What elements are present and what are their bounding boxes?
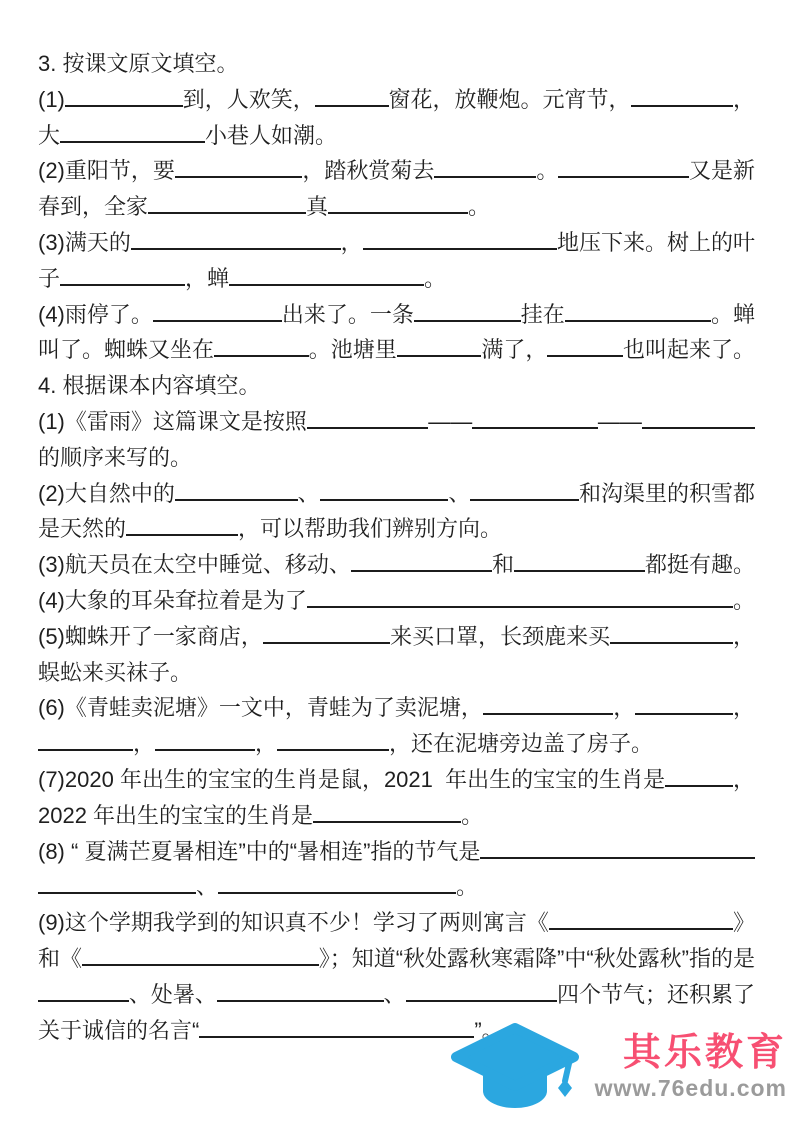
text-segment: ，蝉: [185, 261, 229, 297]
text-segment: 蜈蚣来买袜子。: [38, 655, 192, 691]
fill-in-blank: [549, 916, 733, 930]
fill-in-blank: [277, 737, 389, 751]
fill-in-blank: [82, 952, 319, 966]
text-segment: ，踏秋赏菊去: [302, 153, 434, 189]
fill-in-blank: [434, 164, 536, 178]
fill-in-blank: [263, 630, 390, 644]
text-segment: 。: [461, 798, 483, 834]
text-segment: ，可以帮助我们辨别方向。: [238, 511, 502, 547]
q4-2-line-1: (2)大自然中的、、和沟渠里的积雪都: [38, 476, 755, 512]
fill-in-blank: [635, 701, 733, 715]
text-segment: 和: [492, 547, 514, 583]
text-segment: ，还在泥塘旁边盖了房子。: [389, 726, 653, 762]
fill-in-blank: [480, 845, 755, 859]
text-segment: 子: [38, 261, 60, 297]
worksheet-page: 3. 按课文原文填空。(1)到，人欢笑，窗花，放鞭炮。元宵节，，大小巷人如潮。(…: [0, 0, 793, 1121]
text-segment: 2022 年出生的宝宝的生肖是: [38, 798, 313, 834]
q4-1-line-2: 的顺序来写的。: [38, 440, 755, 476]
fill-in-blank: [155, 737, 255, 751]
fill-in-blank: [610, 630, 733, 644]
text-segment: ，: [133, 726, 155, 762]
fill-in-blank: [315, 93, 389, 107]
text-segment: 的顺序来写的。: [38, 440, 192, 476]
text-segment: 、处暑、: [129, 977, 217, 1013]
logo-text: 其乐教育 www.76edu.com: [595, 1033, 787, 1101]
fill-in-blank: [38, 988, 129, 1002]
text-segment: (2)重阳节，要: [38, 153, 175, 189]
text-segment: 3. 按课文原文填空。: [38, 46, 238, 82]
text-segment: 、: [384, 977, 406, 1013]
q4-7-line-1: (7)2020 年出生的宝宝的生肖是鼠，2021 年出生的宝宝的生肖是，: [38, 762, 755, 798]
text-segment: ，: [255, 726, 277, 762]
fill-in-blank: [483, 701, 613, 715]
text-segment: 和沟渠里的积雪都: [579, 476, 755, 512]
graduation-cap-icon: [449, 1021, 587, 1113]
text-segment: 窗花，放鞭炮。元宵节，: [389, 82, 631, 118]
text-segment: 、: [298, 476, 320, 512]
text-segment: 又是新: [689, 153, 755, 189]
text-segment: ，: [733, 690, 755, 726]
fill-in-blank: [60, 272, 185, 286]
text-segment: 来买口罩，长颈鹿来买: [390, 619, 610, 655]
fill-in-blank: [38, 880, 196, 894]
logo: 其乐教育 www.76edu.com: [449, 1021, 787, 1113]
text-segment: 、: [196, 869, 218, 905]
text-segment: 。: [424, 261, 446, 297]
fill-in-blank: [65, 93, 183, 107]
q4-5-line-2: 蜈蚣来买袜子。: [38, 655, 755, 691]
fill-in-blank: [470, 487, 579, 501]
text-segment: (5)蜘蛛开了一家商店，: [38, 619, 263, 655]
q4-1-line-1: (1)《雷雨》这篇课文是按照————: [38, 404, 755, 440]
fill-in-blank: [397, 343, 482, 357]
text-segment: (6)《青蛙卖泥塘》一文中，青蛙为了卖泥塘，: [38, 690, 483, 726]
text-segment: 四个节气；还积累了: [557, 977, 755, 1013]
q3-3-line-1: (3)满天的，地压下来。树上的叶: [38, 225, 755, 261]
text-segment: ——: [598, 404, 642, 440]
text-segment: 真: [306, 189, 328, 225]
fill-in-blank: [320, 487, 449, 501]
fill-in-blank: [472, 415, 598, 429]
q4-6-line-1: (6)《青蛙卖泥塘》一文中，青蛙为了卖泥塘，，，: [38, 690, 755, 726]
text-segment: 都挺有趣。: [645, 547, 755, 583]
fill-in-blank: [414, 308, 521, 322]
q4-3-line-1: (3)航天员在太空中睡觉、移动、和都挺有趣。: [38, 547, 755, 583]
fill-in-blank: [313, 809, 461, 823]
q4-9-line-3: 、处暑、、四个节气；还积累了: [38, 977, 755, 1013]
q3-1-line-2: 大小巷人如潮。: [38, 118, 755, 154]
text-segment: (8) “ 夏满芒夏暑相连”中的“暑相连”指的节气是: [38, 834, 480, 870]
text-segment: (7)2020 年出生的宝宝的生肖是鼠，2021 年出生的宝宝的生肖是: [38, 762, 665, 798]
text-segment: (3)满天的: [38, 225, 131, 261]
q4-2-line-2: 是天然的，可以帮助我们辨别方向。: [38, 511, 755, 547]
text-segment: 春到，全家: [38, 189, 148, 225]
fill-in-blank: [148, 200, 306, 214]
q3-3-line-2: 子，蝉。: [38, 261, 755, 297]
text-segment: 。: [468, 189, 490, 225]
document-lines: 3. 按课文原文填空。(1)到，人欢笑，窗花，放鞭炮。元宵节，，大小巷人如潮。(…: [38, 46, 755, 1048]
q3-4-line-1: (4)雨停了。出来了。一条挂在。蝉: [38, 297, 755, 333]
fill-in-blank: [547, 343, 623, 357]
fill-in-blank: [351, 558, 492, 572]
text-segment: 。: [456, 869, 478, 905]
text-segment: 是天然的: [38, 511, 126, 547]
logo-website-url: www.76edu.com: [595, 1075, 787, 1101]
fill-in-blank: [126, 522, 238, 536]
q3-4-line-2: 叫了。蜘蛛又坐在。池塘里满了，也叫起来了。: [38, 332, 755, 368]
text-segment: (1)《雷雨》这篇课文是按照: [38, 404, 307, 440]
fill-in-blank: [328, 200, 468, 214]
fill-in-blank: [642, 415, 755, 429]
text-segment: (9)这个学期我学到的知识真不少！学习了两则寓言《: [38, 905, 549, 941]
text-segment: ，: [733, 82, 755, 118]
fill-in-blank: [217, 988, 384, 1002]
text-segment: 挂在: [521, 297, 565, 333]
logo-brand-name: 其乐教育: [623, 1033, 787, 1075]
fill-in-blank: [60, 129, 205, 143]
q4-9-line-2: 和《》；知道“秋处露秋寒霜降”中“秋处露秋”指的是: [38, 941, 755, 977]
text-segment: 、: [448, 476, 470, 512]
fill-in-blank: [131, 236, 341, 250]
text-segment: (3)航天员在太空中睡觉、移动、: [38, 547, 351, 583]
fill-in-blank: [153, 308, 282, 322]
text-segment: 》；知道“秋处露秋寒霜降”中“秋处露秋”指的是: [319, 941, 755, 977]
text-segment: (4)大象的耳朵耷拉着是为了: [38, 583, 307, 619]
text-segment: (2)大自然中的: [38, 476, 175, 512]
fill-in-blank: [631, 93, 733, 107]
fill-in-blank: [307, 594, 733, 608]
text-segment: 大: [38, 118, 60, 154]
text-segment: 地压下来。树上的叶: [557, 225, 755, 261]
q4-8-line-1: (8) “ 夏满芒夏暑相连”中的“暑相连”指的节气是: [38, 834, 755, 870]
fill-in-blank: [175, 487, 298, 501]
text-segment: ，: [733, 762, 755, 798]
text-segment: 满了，: [481, 332, 547, 368]
text-segment: ——: [428, 404, 472, 440]
text-segment: ，: [341, 225, 363, 261]
text-segment: ，: [613, 690, 635, 726]
fill-in-blank: [214, 343, 309, 357]
text-segment: 关于诚信的名言“: [38, 1013, 199, 1049]
text-segment: 。: [536, 153, 558, 189]
text-segment: 。: [733, 583, 755, 619]
text-segment: 到，人欢笑，: [183, 82, 315, 118]
section-4-title: 4. 根据课本内容填空。: [38, 368, 755, 404]
text-segment: 出来了。一条: [282, 297, 414, 333]
fill-in-blank: [175, 164, 303, 178]
fill-in-blank: [565, 308, 711, 322]
q3-1-line-1: (1)到，人欢笑，窗花，放鞭炮。元宵节，，: [38, 82, 755, 118]
text-segment: 也叫起来了。: [623, 332, 755, 368]
fill-in-blank: [406, 988, 557, 1002]
text-segment: 小巷人如潮。: [205, 118, 337, 154]
fill-in-blank: [665, 773, 733, 787]
text-segment: 和《: [38, 941, 82, 977]
fill-in-blank: [199, 1024, 474, 1038]
fill-in-blank: [38, 737, 133, 751]
q4-4-line-1: (4)大象的耳朵耷拉着是为了。: [38, 583, 755, 619]
text-segment: (4)雨停了。: [38, 297, 153, 333]
fill-in-blank: [307, 415, 428, 429]
q4-7-line-2: 2022 年出生的宝宝的生肖是。: [38, 798, 755, 834]
fill-in-blank: [218, 880, 456, 894]
text-segment: ，: [733, 619, 755, 655]
fill-in-blank: [558, 164, 689, 178]
q4-8-line-2: 、。: [38, 869, 755, 905]
q4-6-line-2: ，，，还在泥塘旁边盖了房子。: [38, 726, 755, 762]
fill-in-blank: [363, 236, 557, 250]
q4-5-line-1: (5)蜘蛛开了一家商店，来买口罩，长颈鹿来买，: [38, 619, 755, 655]
text-segment: 》: [733, 905, 755, 941]
fill-in-blank: [514, 558, 645, 572]
q4-9-line-1: (9)这个学期我学到的知识真不少！学习了两则寓言《》: [38, 905, 755, 941]
text-segment: 叫了。蜘蛛又坐在: [38, 332, 214, 368]
text-segment: (1): [38, 82, 65, 118]
q3-2-line-2: 春到，全家真。: [38, 189, 755, 225]
text-segment: 4. 根据课本内容填空。: [38, 368, 260, 404]
text-segment: 。池塘里: [309, 332, 397, 368]
fill-in-blank: [229, 272, 424, 286]
text-segment: 。蝉: [711, 297, 755, 333]
section-3-title: 3. 按课文原文填空。: [38, 46, 755, 82]
q3-2-line-1: (2)重阳节，要，踏秋赏菊去。又是新: [38, 153, 755, 189]
